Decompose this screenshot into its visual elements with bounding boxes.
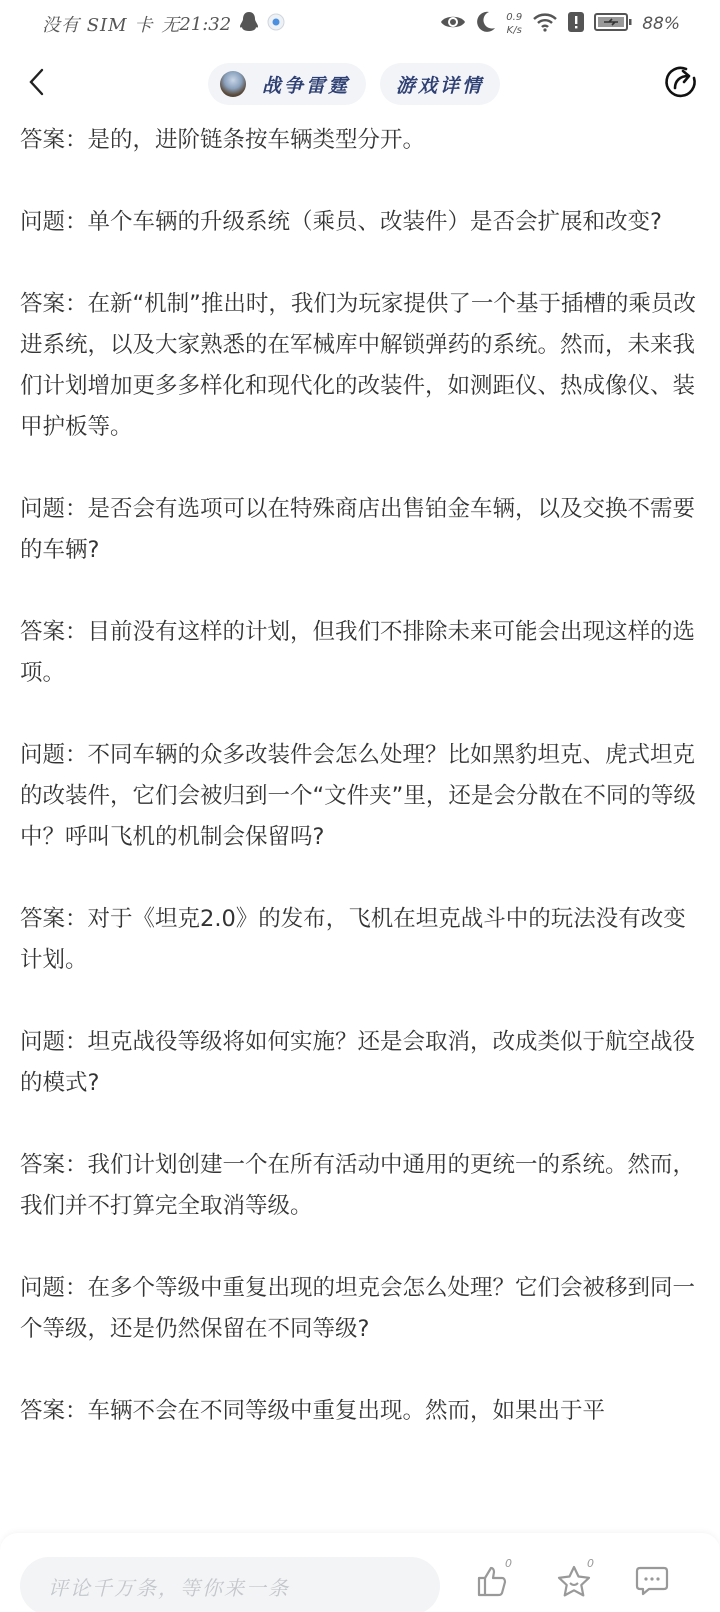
- share-button[interactable]: [660, 64, 700, 104]
- article-paragraph: 问题：在多个等级中重复出现的坦克会怎么处理？它们会被移到同一个等级，还是仍然保留…: [20, 1268, 700, 1350]
- eye-icon: [440, 13, 466, 36]
- like-button[interactable]: 0: [472, 1563, 512, 1603]
- like-count: 0: [505, 1557, 512, 1570]
- article-paragraph: 答案：对于《坦克2.0》的发布，飞机在坦克战斗中的玩法没有改变计划。: [20, 899, 700, 981]
- net-speed: 0.9 K/s: [506, 11, 522, 37]
- article-paragraph: 答案：在新“机制”推出时，我们为玩家提供了一个基于插槽的乘员改进系统，以及大家熟…: [20, 284, 700, 448]
- article-paragraph: 答案：目前没有这样的计划，但我们不排除未来可能会出现这样的选项。: [20, 612, 700, 694]
- comment-bubble-icon: [635, 1565, 669, 1601]
- share-icon: [662, 64, 698, 104]
- game-name-label: 战争雷霆: [262, 71, 350, 98]
- battery-charging-icon: [594, 12, 632, 37]
- alert-icon: [568, 12, 584, 37]
- article-paragraph: 答案：是的，进阶链条按车辆类型分开。: [20, 120, 700, 161]
- moon-icon: [476, 11, 496, 38]
- battery-percent: 88%: [642, 14, 680, 34]
- favorite-count: 0: [587, 1557, 594, 1570]
- back-button[interactable]: [18, 66, 54, 102]
- game-details-pill[interactable]: 游戏详情: [380, 63, 500, 105]
- clock: 21:32: [179, 14, 231, 35]
- signal-text: 无: [161, 11, 179, 37]
- comment-placeholder: 评论千万条，等你来一条: [48, 1572, 290, 1601]
- article-paragraph: 问题：坦克战役等级将如何实施？还是会取消，改成类似于航空战役的模式?: [20, 1022, 700, 1104]
- carrier-text: 没有 SIM 卡: [42, 11, 153, 37]
- comment-input[interactable]: 评论千万条，等你来一条: [20, 1557, 440, 1612]
- game-details-label: 游戏详情: [396, 71, 484, 98]
- qq-penguin-icon: [239, 11, 259, 38]
- article-content: 答案：是的，进阶链条按车辆类型分开。 问题：单个车辆的升级系统（乘员、改装件）是…: [20, 120, 700, 1473]
- net-speed-unit: K/s: [507, 24, 522, 37]
- article-paragraph: 答案：车辆不会在不同等级中重复出现。然而，如果出于平: [20, 1391, 700, 1432]
- thumbs-up-icon: [475, 1564, 509, 1602]
- chevron-left-icon: [27, 68, 45, 100]
- article-paragraph: 问题：是否会有选项可以在特殊商店出售铂金车辆，以及交换不需要的车辆?: [20, 489, 700, 571]
- article-paragraph: 问题：不同车辆的众多改装件会怎么处理？比如黑豹坦克、虎式坦克的改装件，它们会被归…: [20, 735, 700, 858]
- article-paragraph: 答案：我们计划创建一个在所有活动中通用的更统一的系统。然而，我们并不打算完全取消…: [20, 1145, 700, 1227]
- net-speed-value: 0.9: [506, 11, 522, 24]
- nav-pills: 战争雷霆 游戏详情: [208, 63, 500, 105]
- bottom-action-bar: 评论千万条，等你来一条 0 0: [0, 1533, 720, 1612]
- status-right: 0.9 K/s 88%: [440, 11, 680, 38]
- article-paragraph: 问题：单个车辆的升级系统（乘员、改装件）是否会扩展和改变?: [20, 202, 700, 243]
- status-left: 没有 SIM 卡 无21:32: [42, 11, 285, 38]
- favorite-button[interactable]: 0: [554, 1563, 594, 1603]
- nav-bar: 战争雷霆 游戏详情: [0, 56, 720, 112]
- status-bar: 没有 SIM 卡 无21:32 0.9 K/s 88%: [0, 0, 720, 48]
- game-name-pill[interactable]: 战争雷霆: [208, 63, 366, 105]
- wifi-icon: [532, 12, 558, 37]
- app-notification-icon: [267, 13, 285, 36]
- game-avatar: [220, 71, 246, 97]
- comment-button[interactable]: [632, 1563, 672, 1603]
